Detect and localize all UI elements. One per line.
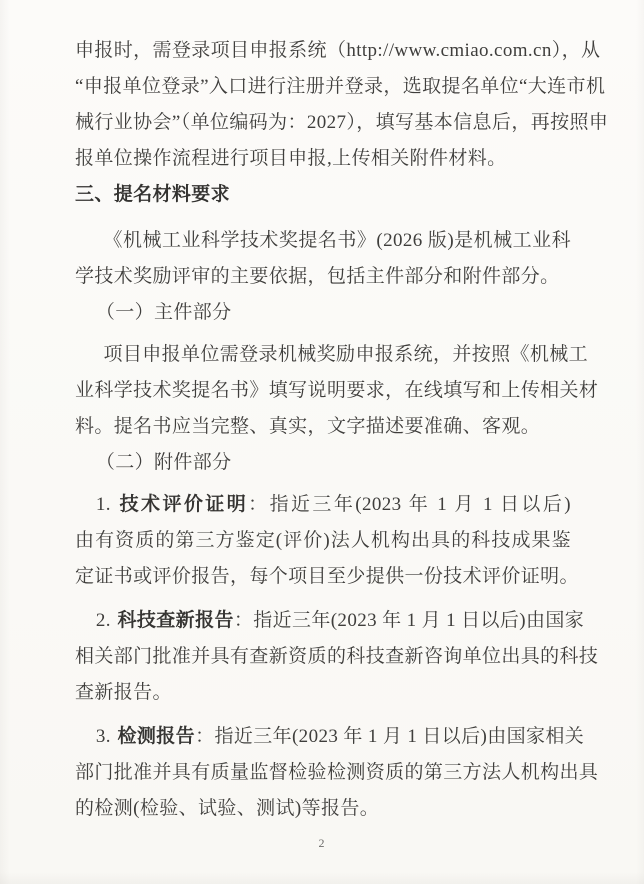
- item-text: ：指近三年(2023 年 1 月 1 日以后): [248, 494, 571, 515]
- paragraph-line: 由有资质的第三方鉴定(评价)法人机构出具的科技成果鉴: [75, 523, 571, 559]
- paragraph-line: 相关部门批准并具有查新资质的科技查新咨询单位出具的科技: [75, 639, 571, 675]
- paragraph-line: 定证书或评价报告，每个项目至少提供一份技术评价证明。: [75, 559, 571, 595]
- attachment-item-3-first-line: 3.检测报告：指近三年(2023 年 1 月 1 日以后)由国家相关: [75, 719, 571, 755]
- paragraph-line: 报单位操作流程进行项目申报,上传相关附件材料。: [75, 141, 571, 177]
- item-text: ：指近三年(2023 年 1 月 1 日以后)由国家相关: [195, 726, 584, 747]
- item-label: 技术评价证明: [118, 494, 249, 515]
- paragraph-line: 项目申报单位需登录机械奖励申报系统，并按照《机械工: [75, 337, 571, 373]
- paragraph-line: “申报单位登录”入口进行注册并登录，选取提名单位“大连市机: [75, 69, 571, 105]
- paragraph-line: 部门批准并具有质量监督检验检测资质的第三方法人机构出具: [75, 755, 571, 791]
- item-label: 检测报告: [118, 726, 196, 747]
- item-number: 2.: [96, 610, 111, 631]
- subsection-heading-main: （一）主件部分: [75, 295, 571, 331]
- document-body: 申报时，需登录项目申报系统（http://www.cmiao.com.cn），从…: [75, 33, 571, 827]
- item-label: 科技查新报告: [118, 610, 234, 631]
- page-number: 2: [0, 836, 644, 851]
- paragraph-line: 查新报告。: [75, 675, 571, 711]
- paragraph-line: 的检测(检验、试验、测试)等报告。: [75, 791, 571, 827]
- subsection-heading-attachments: （二）附件部分: [75, 445, 571, 481]
- paragraph-line: 料。提名书应当完整、真实，文字描述要准确、客观。: [75, 409, 571, 445]
- paragraph-line: 业科学技术奖提名书》填写说明要求，在线填写和上传相关材: [75, 373, 571, 409]
- paragraph-line: 《机械工业科学技术奖提名书》(2026 版)是机械工业科: [75, 223, 571, 259]
- item-text: ：指近三年(2023 年 1 月 1 日以后)由国家: [234, 610, 584, 631]
- section-heading: 三、提名材料要求: [75, 177, 571, 213]
- document-page: 申报时，需登录项目申报系统（http://www.cmiao.com.cn），从…: [0, 0, 644, 884]
- item-number: 1.: [96, 494, 111, 515]
- paragraph-line: 申报时，需登录项目申报系统（http://www.cmiao.com.cn），从: [75, 33, 571, 69]
- paragraph-line: 械行业协会”（单位编码为：2027），填写基本信息后，再按照申: [75, 105, 571, 141]
- attachment-item-1-first-line: 1.技术评价证明：指近三年(2023 年 1 月 1 日以后): [75, 487, 571, 523]
- paragraph-line: 学技术奖励评审的主要依据，包括主件部分和附件部分。: [75, 259, 571, 295]
- item-number: 3.: [96, 726, 111, 747]
- attachment-item-2-first-line: 2.科技查新报告：指近三年(2023 年 1 月 1 日以后)由国家: [75, 603, 571, 639]
